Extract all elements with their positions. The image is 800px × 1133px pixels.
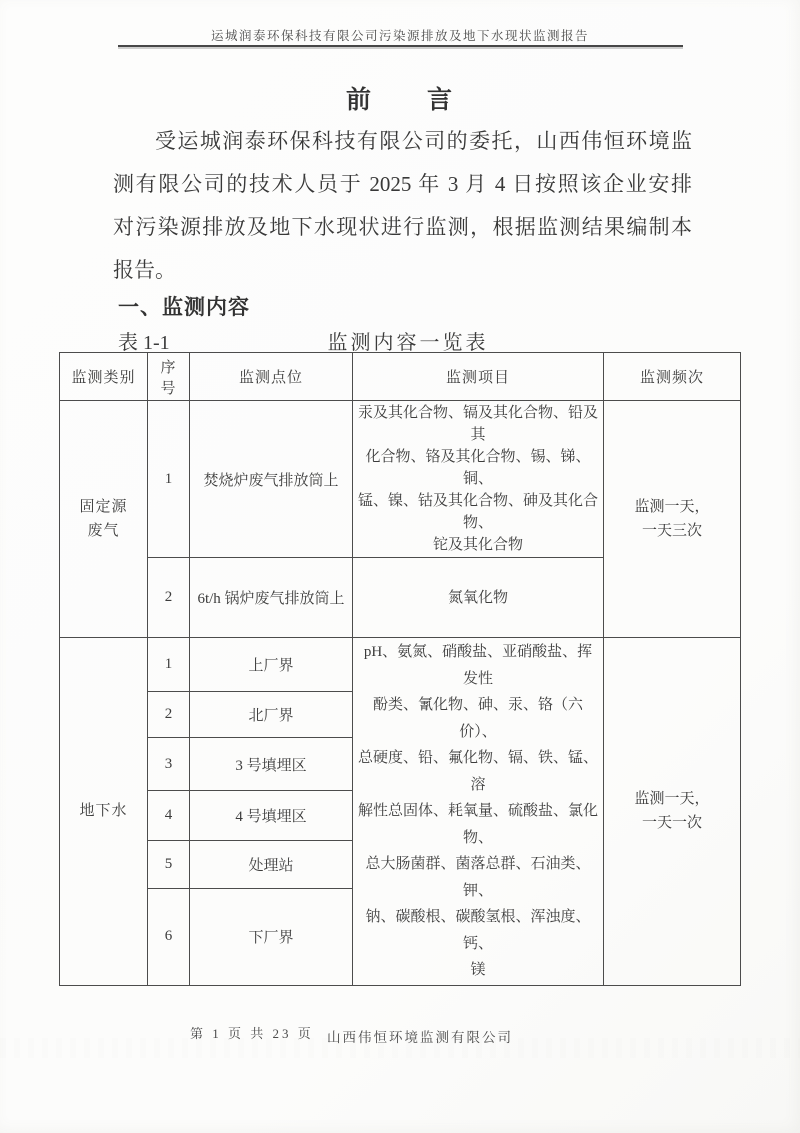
monitoring-content-table: 监测类别 序 号 监测点位 监测项目 监测频次 固定源 废气 1 焚烧炉废气排放… [59, 352, 741, 986]
paragraph-line: 测有限公司的技术人员于 2025 年 3 月 4 日按照该企业安排 [113, 163, 692, 206]
items-cell-boiler: 氮氧化物 [353, 558, 604, 638]
seq-cell: 5 [148, 841, 190, 889]
seq-cell: 4 [148, 791, 190, 841]
table-header-row: 监测类别 序 号 监测点位 监测项目 监测频次 [60, 353, 741, 401]
col-header-point: 监测点位 [190, 353, 353, 401]
point-cell: 4 号填埋区 [190, 791, 353, 841]
col-header-category: 监测类别 [60, 353, 148, 401]
running-header-title: 运城润泰环保科技有限公司污染源排放及地下水现状监测报告 [0, 26, 800, 44]
seq-cell: 3 [148, 738, 190, 791]
point-cell: 上厂界 [190, 638, 353, 692]
point-cell: 6t/h 锅炉废气排放筒上 [190, 558, 353, 638]
preface-title: 前 言 [0, 80, 800, 116]
items-cell-groundwater: pH、氨氮、硝酸盐、亚硝酸盐、挥发性 酚类、氰化物、砷、汞、铬（六价）、 总硬度… [353, 638, 604, 986]
paragraph-line: 报告。 [113, 249, 692, 292]
frequency-cell-wastegas: 监测一天， 一天三次 [604, 401, 741, 638]
table-row: 地下水 1 上厂界 pH、氨氮、硝酸盐、亚硝酸盐、挥发性 酚类、氰化物、砷、汞、… [60, 638, 741, 692]
col-header-frequency: 监测频次 [604, 353, 741, 401]
seq-cell: 2 [148, 692, 190, 738]
section-heading-monitoring-content: 一、监测内容 [118, 291, 250, 321]
paragraph-line: 受运城润泰环保科技有限公司的委托，山西伟恒环境监 [113, 120, 692, 163]
point-cell: 处理站 [190, 841, 353, 889]
document-page: 运城润泰环保科技有限公司污染源排放及地下水现状监测报告 前 言 受运城润泰环保科… [0, 0, 800, 1133]
seq-cell: 6 [148, 889, 190, 985]
table-row: 固定源 废气 1 焚烧炉废气排放筒上 汞及其化合物、镉及其化合物、铅及其 化合物… [60, 401, 741, 558]
point-cell: 下厂界 [190, 889, 353, 985]
seq-cell: 1 [148, 401, 190, 558]
frequency-cell-groundwater: 监测一天， 一天一次 [604, 638, 741, 986]
preface-paragraph: 受运城润泰环保科技有限公司的委托，山西伟恒环境监 测有限公司的技术人员于 202… [113, 120, 692, 292]
category-cell-groundwater: 地下水 [60, 638, 148, 986]
header-divider-rule [118, 45, 683, 47]
point-cell: 焚烧炉废气排放筒上 [190, 401, 353, 558]
paragraph-line: 对污染源排放及地下水现状进行监测，根据监测结果编制本 [113, 206, 692, 249]
category-cell-wastegas: 固定源 废气 [60, 401, 148, 638]
seq-cell: 1 [148, 638, 190, 692]
point-cell: 3 号填埋区 [190, 738, 353, 791]
col-header-seq: 序 号 [148, 353, 190, 401]
seq-cell: 2 [148, 558, 190, 638]
footer-company-name: 山西伟恒环境监测有限公司 [327, 1026, 513, 1046]
point-cell: 北厂界 [190, 692, 353, 738]
items-cell-incinerator: 汞及其化合物、镉及其化合物、铅及其 化合物、铬及其化合物、锡、锑、铜、 锰、镍、… [353, 401, 604, 558]
col-header-items: 监测项目 [353, 353, 604, 401]
footer-page-number: 第 1 页 共 23 页 [190, 1023, 314, 1042]
table-caption-title: 监测内容一览表 [8, 326, 800, 355]
